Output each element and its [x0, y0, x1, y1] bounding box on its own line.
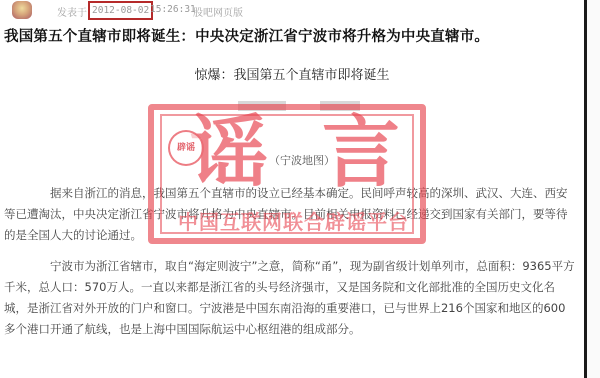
window-margin — [587, 0, 600, 378]
article-page: 发表于 2012-08-02 15:26:31 股吧网页版 我国第五个直辖市即将… — [0, 0, 584, 378]
avatar[interactable] — [12, 1, 32, 19]
post-meta: 发表于 2012-08-02 15:26:31 股吧网页版 — [0, 0, 584, 22]
article-paragraph: 宁波市为浙江省辖市，取自“海定则波宁”之意，简称“甬”，现为副省级计划单列市，总… — [4, 256, 576, 340]
article-body: 据来自浙江的消息，我国第五个直辖市的设立已经基本确定。民间呼声较高的深圳、武汉、… — [4, 183, 576, 340]
map-caption: （宁波地图） — [0, 152, 584, 168]
article-subtitle: 惊爆：我国第五个直辖市即将诞生 — [0, 64, 584, 83]
map-image-fragment — [320, 101, 360, 111]
post-time: 15:26:31 — [150, 4, 196, 15]
post-prefix: 发表于 — [57, 4, 87, 19]
post-date-highlighted: 2012-08-02 — [88, 1, 153, 20]
map-image-fragment — [238, 101, 286, 111]
article-paragraph: 据来自浙江的消息，我国第五个直辖市的设立已经基本确定。民间呼声较高的深圳、武汉、… — [4, 183, 576, 246]
post-source: 股吧网页版 — [193, 4, 243, 19]
page-title: 我国第五个直辖市即将诞生：中央决定浙江省宁波市将升格为中央直辖市。 — [4, 25, 489, 46]
